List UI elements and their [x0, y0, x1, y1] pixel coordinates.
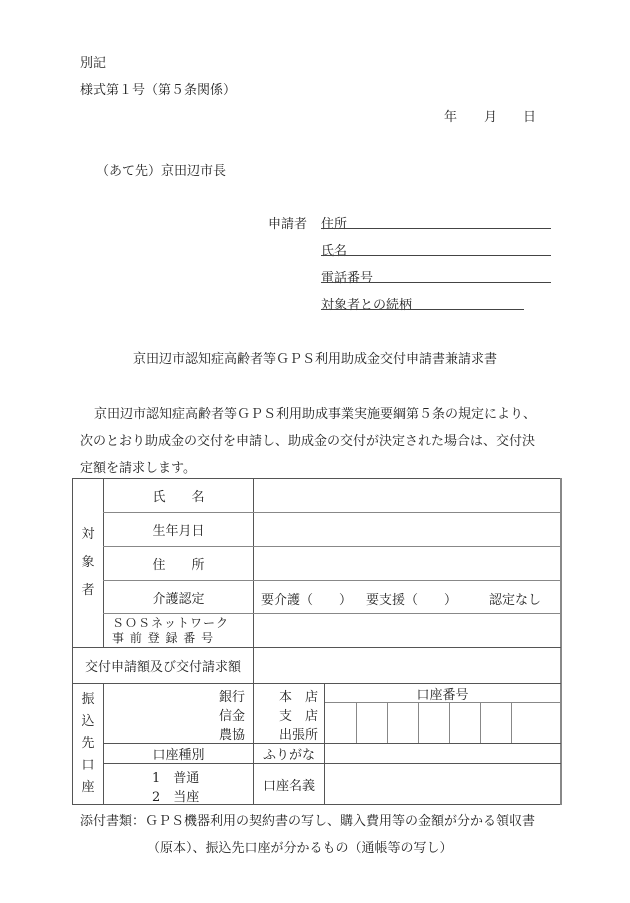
appendix-label: 別記: [80, 52, 106, 71]
branch-type-sub-office: 出張所: [279, 724, 318, 743]
account-type-current[interactable]: 2 当座: [152, 786, 199, 805]
account-digit-5[interactable]: [450, 703, 480, 743]
account-holder-input[interactable]: [325, 764, 560, 804]
attachments-line-2: （原本）、振込先口座が分かるもの（通帳等の写し）: [147, 837, 453, 856]
account-digit-1[interactable]: [325, 703, 356, 743]
amount-label: 交付申請額及び交付請求額: [73, 648, 253, 683]
form-number: 様式第１号（第５条関係）: [80, 79, 236, 98]
subject-address-label: 住 所: [104, 547, 253, 580]
bank-name-input[interactable]: 銀行 信金 農協: [104, 684, 253, 743]
sos-network-label: ＳＯＳネットワーク 事 前 登 録 番 号: [104, 614, 253, 647]
account-digit-3[interactable]: [388, 703, 418, 743]
subject-name-label: 氏 名: [104, 479, 253, 512]
applicant-label: 申請者: [268, 213, 307, 232]
branch-name-input[interactable]: 本 店 支 店 出張所: [254, 684, 324, 743]
account-digit-2[interactable]: [357, 703, 387, 743]
applicant-name-label: 氏名: [321, 240, 347, 259]
amount-input[interactable]: [254, 648, 560, 683]
branch-type-branch: 支 店: [279, 705, 318, 724]
date-month-label: 月: [484, 106, 497, 125]
date-day-label: 日: [523, 106, 536, 125]
addressee: （あて先）京田辺市長: [96, 160, 226, 179]
subject-birthdate-label: 生年月日: [104, 513, 253, 546]
care-certification-options: 要介護（ ） 要支援（ ） 認定なし: [254, 581, 560, 613]
document-title: 京田辺市認知症高齢者等ＧＰＳ利用助成金交付申請書兼請求書: [0, 348, 630, 367]
account-type-label: 口座種別: [104, 744, 253, 763]
subject-name-input[interactable]: [254, 479, 560, 512]
applicant-address-label: 住所: [321, 213, 347, 232]
body-line-3: 定額を請求します。: [80, 457, 196, 476]
subject-group-label: 対 象 者: [73, 479, 103, 647]
account-digit-4[interactable]: [419, 703, 449, 743]
body-line-1: 京田辺市認知症高齢者等ＧＰＳ利用助成事業実施要綱第５条の規定により、: [94, 403, 536, 422]
applicant-relationship-label: 対象者との続柄: [321, 294, 412, 313]
bank-group-label: 振 込 先 口 座: [73, 684, 103, 804]
care-required-option[interactable]: 要介護（ ）: [261, 589, 352, 608]
care-certification-label: 介護認定: [104, 581, 253, 613]
branch-type-main: 本 店: [279, 686, 318, 705]
sos-network-number-input[interactable]: [254, 614, 560, 647]
furigana-input[interactable]: [325, 744, 560, 763]
no-certification-option[interactable]: 認定なし: [489, 589, 541, 608]
account-number-label: 口座番号: [325, 684, 560, 702]
support-required-option[interactable]: 要支援（ ）: [366, 589, 457, 608]
bank-type-nokyo: 農協: [219, 724, 245, 743]
account-digit-6[interactable]: [481, 703, 511, 743]
account-digit-7[interactable]: [512, 703, 560, 743]
account-holder-label: 口座名義: [254, 764, 324, 804]
account-type-ordinary[interactable]: 1 普通: [152, 767, 199, 786]
bank-type-bank: 銀行: [219, 686, 245, 705]
account-type-options: 1 普通 2 当座: [104, 764, 253, 804]
date-year-label: 年: [444, 106, 457, 125]
subject-address-input[interactable]: [254, 547, 560, 580]
applicant-phone-label: 電話番号: [321, 267, 373, 286]
attachments-line-1: 添付書類：ＧＰＳ機器利用の契約書の写し、購入費用等の金額が分かる領収書: [80, 810, 535, 829]
furigana-label: ふりがな: [254, 744, 324, 763]
subject-birthdate-input[interactable]: [254, 513, 560, 546]
bank-type-shinkin: 信金: [219, 705, 245, 724]
body-line-2: 次のとおり助成金の交付を申請し、助成金の交付が決定された場合は、交付決: [80, 430, 535, 449]
